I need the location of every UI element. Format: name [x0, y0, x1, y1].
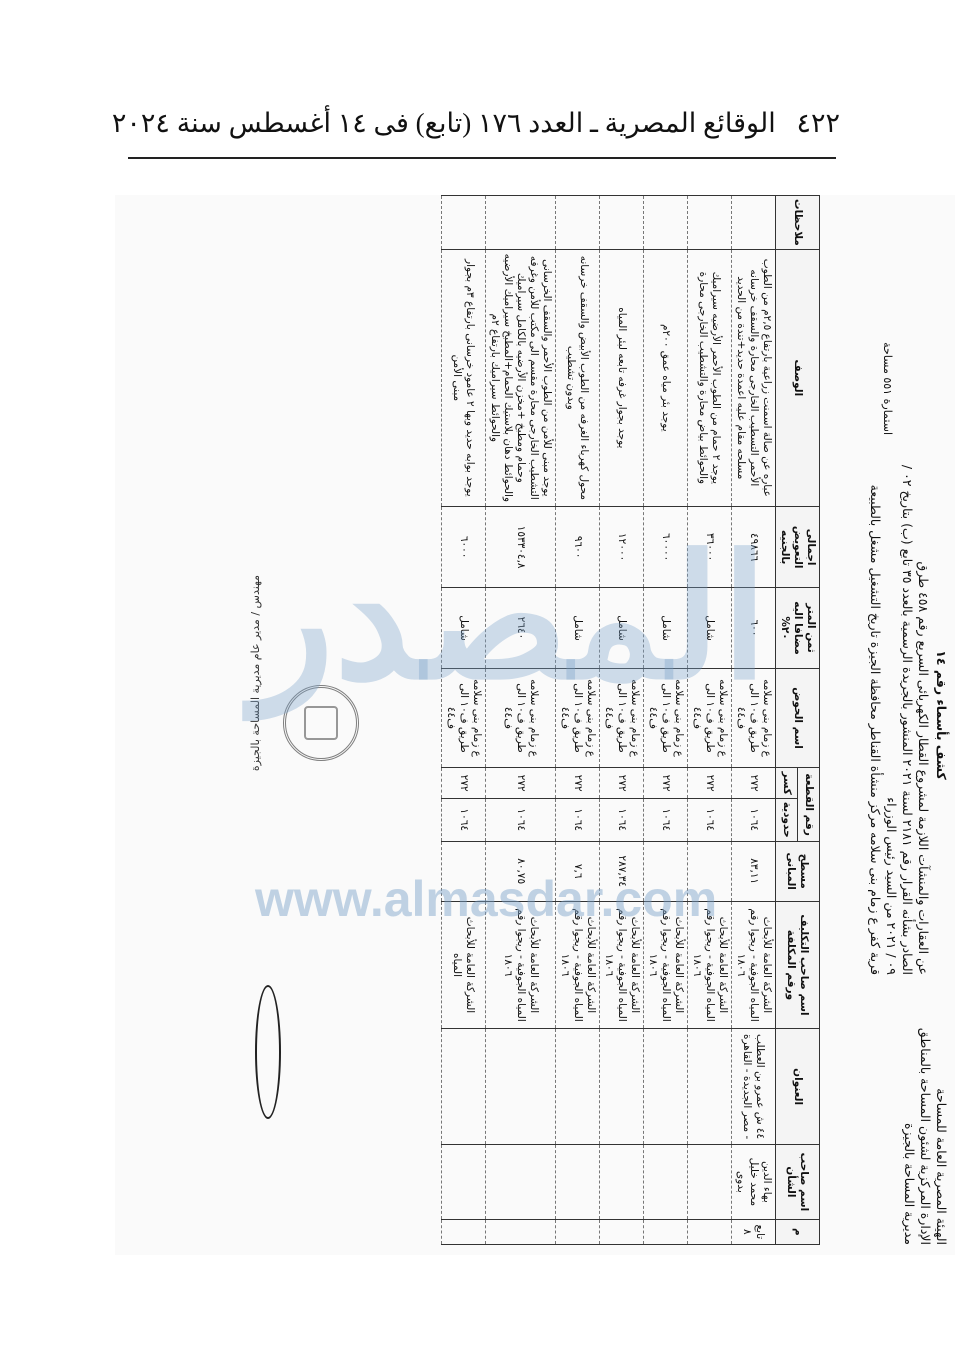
- table-row: الشركة العامة للأبحاث المياه١٠٦٤٢٧٢ع زما…: [442, 196, 486, 1245]
- cell-basin-name: ع زمام بنى سلامه طريق ف١٠ الى ف٤٤: [644, 668, 688, 768]
- cell-parcel-basin: ١٠٦٤: [644, 798, 688, 841]
- cell-parcel-basin: ١٠٦٤: [688, 798, 732, 841]
- cell-meter-price: شامل: [688, 588, 732, 668]
- cell-basin-name: ع زمام بنى سلامه طريق ف١٠ الى ف٤٤: [732, 668, 776, 768]
- cell-parcel-fraction: ٢٧٢: [600, 768, 644, 798]
- cell-building-area: [442, 841, 486, 901]
- cell-total-compensation: ٤٩٨٦٦: [732, 506, 776, 588]
- document-heading: كشف بأسماء رقم ١٤: [933, 455, 949, 975]
- signature-mark-icon: [255, 985, 281, 1119]
- col-total-compensation: اجمالى التعويض بالجنيه: [776, 506, 820, 588]
- cell-meter-price: شامل: [644, 588, 688, 668]
- cell-building-area: ٧,٦: [556, 841, 600, 901]
- col-serial: م: [776, 1219, 820, 1244]
- cell-meter-price: شامل: [600, 588, 644, 668]
- cell-address: [600, 1029, 644, 1145]
- cell-basin-name: ع زمام بنى سلامه طريق ف١٠ الى ف٤٤: [600, 668, 644, 768]
- cell-basin-name: ع زمام بنى سلامه طريق ف١٠ الى ف٤٤: [442, 668, 486, 768]
- cell-owner-name: [486, 1145, 556, 1220]
- title-line: الصادر بشأنه القرار رقم ٢١٨١ لسنة ٢٠٢١ ا…: [883, 455, 915, 975]
- cell-description: يوجد بئر مياه عمق ٢٠٠م: [644, 249, 688, 506]
- col-owner-name: اسم صاحب الشأن: [776, 1145, 820, 1220]
- cell-total-compensation: ٦٠٠٠٠: [644, 506, 688, 588]
- cell-basin-name: ع زمام بنى سلامه طريق ف١٠ الى ف٤٤: [556, 668, 600, 768]
- cell-basin-name: ع زمام بنى سلامه طريق ف١٠ الى ف٤٤: [688, 668, 732, 768]
- rotated-landscape-page: الهيئة المصرية العامة للمساحة الإدارة ال…: [115, 195, 955, 1255]
- col-notes: ملاحظات: [776, 196, 820, 250]
- title-line: عن العقارات والمنشآت اللازمة لمشروع القط…: [915, 455, 931, 975]
- col-description: الوصف: [776, 249, 820, 506]
- gazette-title: الوقائع المصرية ـ العدد ١٧٦ (تابع) فى ١٤…: [112, 108, 776, 138]
- cell-basin-name: ع زمام بنى سلامه طريق ف١٠ الى ف٤٤: [486, 668, 556, 768]
- table-row: الشركة العامة للأبحاث المياه الجوفية - ر…: [688, 196, 732, 1245]
- cell-parcel-fraction: ٢٧٢: [732, 768, 776, 798]
- document-titles: الهيئة المصرية العامة للمساحة الإدارة ال…: [825, 195, 955, 1255]
- cell-notes: [644, 196, 688, 250]
- cell-total-compensation: ١٥٣٣٠٤,٨: [486, 506, 556, 588]
- cell-address: [442, 1029, 486, 1145]
- cell-serial: تابع ٨: [732, 1219, 776, 1244]
- cell-description: يوجد بوابه حديد وبها ٢ عامود خرسانى بارت…: [442, 249, 486, 506]
- gazette-header: ٤٢٢ الوقائع المصرية ـ العدد ١٧٦ (تابع) ف…: [180, 108, 840, 148]
- table-row: تابع ٨بهاء الدين محمد خليل بدوى٤٤ ش عمرو…: [732, 196, 776, 1245]
- document-title-block: كشف بأسماء رقم ١٤ عن العقارات والمنشآت ا…: [867, 455, 949, 975]
- cell-assignment-name: الشركة العامة للأبحاث المياه الجوفية - ر…: [600, 901, 644, 1028]
- cell-notes: [600, 196, 644, 250]
- table-header-row: م اسم صاحب الشأن العنوان اسم صاحب التكلي…: [798, 196, 820, 1245]
- cell-assignment-name: الشركة العامة للأبحاث المياه الجوفية - ر…: [556, 901, 600, 1028]
- form-reference: استمارة ٥٥١ مساحة: [879, 342, 895, 435]
- cell-building-area: [644, 841, 688, 901]
- cell-notes: [556, 196, 600, 250]
- cell-meter-price: ٦٠٠: [732, 588, 776, 668]
- col-address: العنوان: [776, 1029, 820, 1145]
- cell-address: [688, 1029, 732, 1145]
- authority-line: الهيئة المصرية العامة للمساحة: [933, 985, 949, 1245]
- cell-parcel-basin: ١٠٦٤: [600, 798, 644, 841]
- cell-serial: [688, 1219, 732, 1244]
- cell-parcel-basin: ١٠٦٤: [556, 798, 600, 841]
- col-assignment: اسم صاحب التكليف ورقم المكلفة: [776, 901, 820, 1028]
- cell-parcel-fraction: ٢٧٢: [556, 768, 600, 798]
- cell-owner-name: [442, 1145, 486, 1220]
- col-parcel-no: رقم القطعة: [798, 768, 820, 841]
- cell-description: محول كهرباء الغرفه من الطوب الأبيض والسق…: [556, 249, 600, 506]
- cell-assignment-name: الشركة العامة للأبحاث المياه الجوفية - ر…: [644, 901, 688, 1028]
- cell-serial: [442, 1219, 486, 1244]
- cell-building-area: [688, 841, 732, 901]
- cell-building-area: ٨٣,١١: [732, 841, 776, 901]
- col-parcel-fraction: كسر: [776, 768, 798, 798]
- authority-line: الإدارة المركزية لشئون المساحة بالمناطق: [917, 985, 933, 1245]
- cell-total-compensation: ١٢٠٠٠: [600, 506, 644, 588]
- col-basin-name: اسم الحوض: [776, 668, 820, 768]
- cell-description: يوجد ٢ حمام من الطوب الأحمر الأرضيه سيرا…: [688, 249, 732, 506]
- signature-label: مهندس / مدير عام مديرية المساحة بالجيزة: [249, 575, 262, 771]
- authority-line: مديرية المساحة بالجيزة: [901, 985, 917, 1245]
- cell-address: [556, 1029, 600, 1145]
- cell-parcel-basin: ١٠٦٤: [486, 798, 556, 841]
- table-row: الشركة العامة للأبحاث المياه الجوفية - ر…: [556, 196, 600, 1245]
- cell-assignment-name: الشركة العامة للأبحاث المياه الجوفية - ر…: [688, 901, 732, 1028]
- cell-total-compensation: ٩٦٠٠: [556, 506, 600, 588]
- cell-assignment-name: الشركة العامة للأبحاث المياه: [442, 901, 486, 1028]
- cell-description: يوجد بجوار غرفه تابعه لبئر المياه: [600, 249, 644, 506]
- cell-notes: [688, 196, 732, 250]
- cell-owner-name: [688, 1145, 732, 1220]
- col-parcel-basin: حدودية: [776, 798, 798, 841]
- cell-total-compensation: ٦٠٠٠: [442, 506, 486, 588]
- cell-assignment-name: الشركة العامة للأبحاث المياه الجوفية - ر…: [486, 901, 556, 1028]
- cell-building-area: ٢٨٧,٣٤: [600, 841, 644, 901]
- cell-total-compensation: ٣٦٠٠٠: [688, 506, 732, 588]
- cell-assignment-name: الشركة العامة للأبحاث المياه الجوفية - ر…: [732, 901, 776, 1028]
- cell-parcel-basin: ١٠٦٤: [732, 798, 776, 841]
- cell-meter-price: شامل: [556, 588, 600, 668]
- cell-serial: [486, 1219, 556, 1244]
- cell-serial: [644, 1219, 688, 1244]
- cell-meter-price: شامل: [442, 588, 486, 668]
- cell-owner-name: بهاء الدين محمد خليل بدوى: [732, 1145, 776, 1220]
- col-meter-price: ثمن المتر مضافا اليه ٢٠%: [776, 588, 820, 668]
- cell-address: ٤٤ ش عمرو بن العطلب - مصر الجديدة - القا…: [732, 1029, 776, 1145]
- cell-parcel-fraction: ٢٧٢: [644, 768, 688, 798]
- official-stamp-icon: [283, 685, 359, 761]
- title-line: قرية كفر ع زمام بنى سلامه مركز منشأة الق…: [867, 455, 883, 975]
- scanned-document: الهيئة المصرية العامة للمساحة الإدارة ال…: [115, 195, 955, 1255]
- cell-owner-name: [556, 1145, 600, 1220]
- col-building-area: مسطح المبانى: [776, 841, 820, 901]
- cell-notes: [486, 196, 556, 250]
- cell-serial: [556, 1219, 600, 1244]
- page-number: ٤٢٢: [796, 108, 840, 138]
- cell-parcel-fraction: ٢٧٢: [688, 768, 732, 798]
- cell-description: عباره عن صالة اسمنت زراعية بارتفاع ٢,٥م …: [732, 249, 776, 506]
- cell-parcel-fraction: ٢٧٢: [486, 768, 556, 798]
- header-divider: [128, 157, 836, 159]
- cell-building-area: ٨٠,٧٥: [486, 841, 556, 901]
- cell-address: [644, 1029, 688, 1145]
- cell-parcel-fraction: ٢٧٢: [442, 768, 486, 798]
- cell-address: [486, 1029, 556, 1145]
- cell-owner-name: [600, 1145, 644, 1220]
- property-table: م اسم صاحب الشأن العنوان اسم صاحب التكلي…: [441, 195, 820, 1245]
- cell-notes: [732, 196, 776, 250]
- table-row: الشركة العامة للأبحاث المياه الجوفية - ر…: [486, 196, 556, 1245]
- cell-notes: [442, 196, 486, 250]
- cell-owner-name: [644, 1145, 688, 1220]
- authority-block: الهيئة المصرية العامة للمساحة الإدارة ال…: [901, 985, 949, 1245]
- cell-parcel-basin: ١٠٦٤: [442, 798, 486, 841]
- table-body: تابع ٨بهاء الدين محمد خليل بدوى٤٤ ش عمرو…: [442, 196, 776, 1245]
- cell-description: يوجد مبنى للأمن من الطوب الأحمر والسقف ا…: [486, 249, 556, 506]
- cell-meter-price: ٢٦٤٠: [486, 588, 556, 668]
- table-row: الشركة العامة للأبحاث المياه الجوفية - ر…: [644, 196, 688, 1245]
- cell-serial: [600, 1219, 644, 1244]
- table-row: الشركة العامة للأبحاث المياه الجوفية - ر…: [600, 196, 644, 1245]
